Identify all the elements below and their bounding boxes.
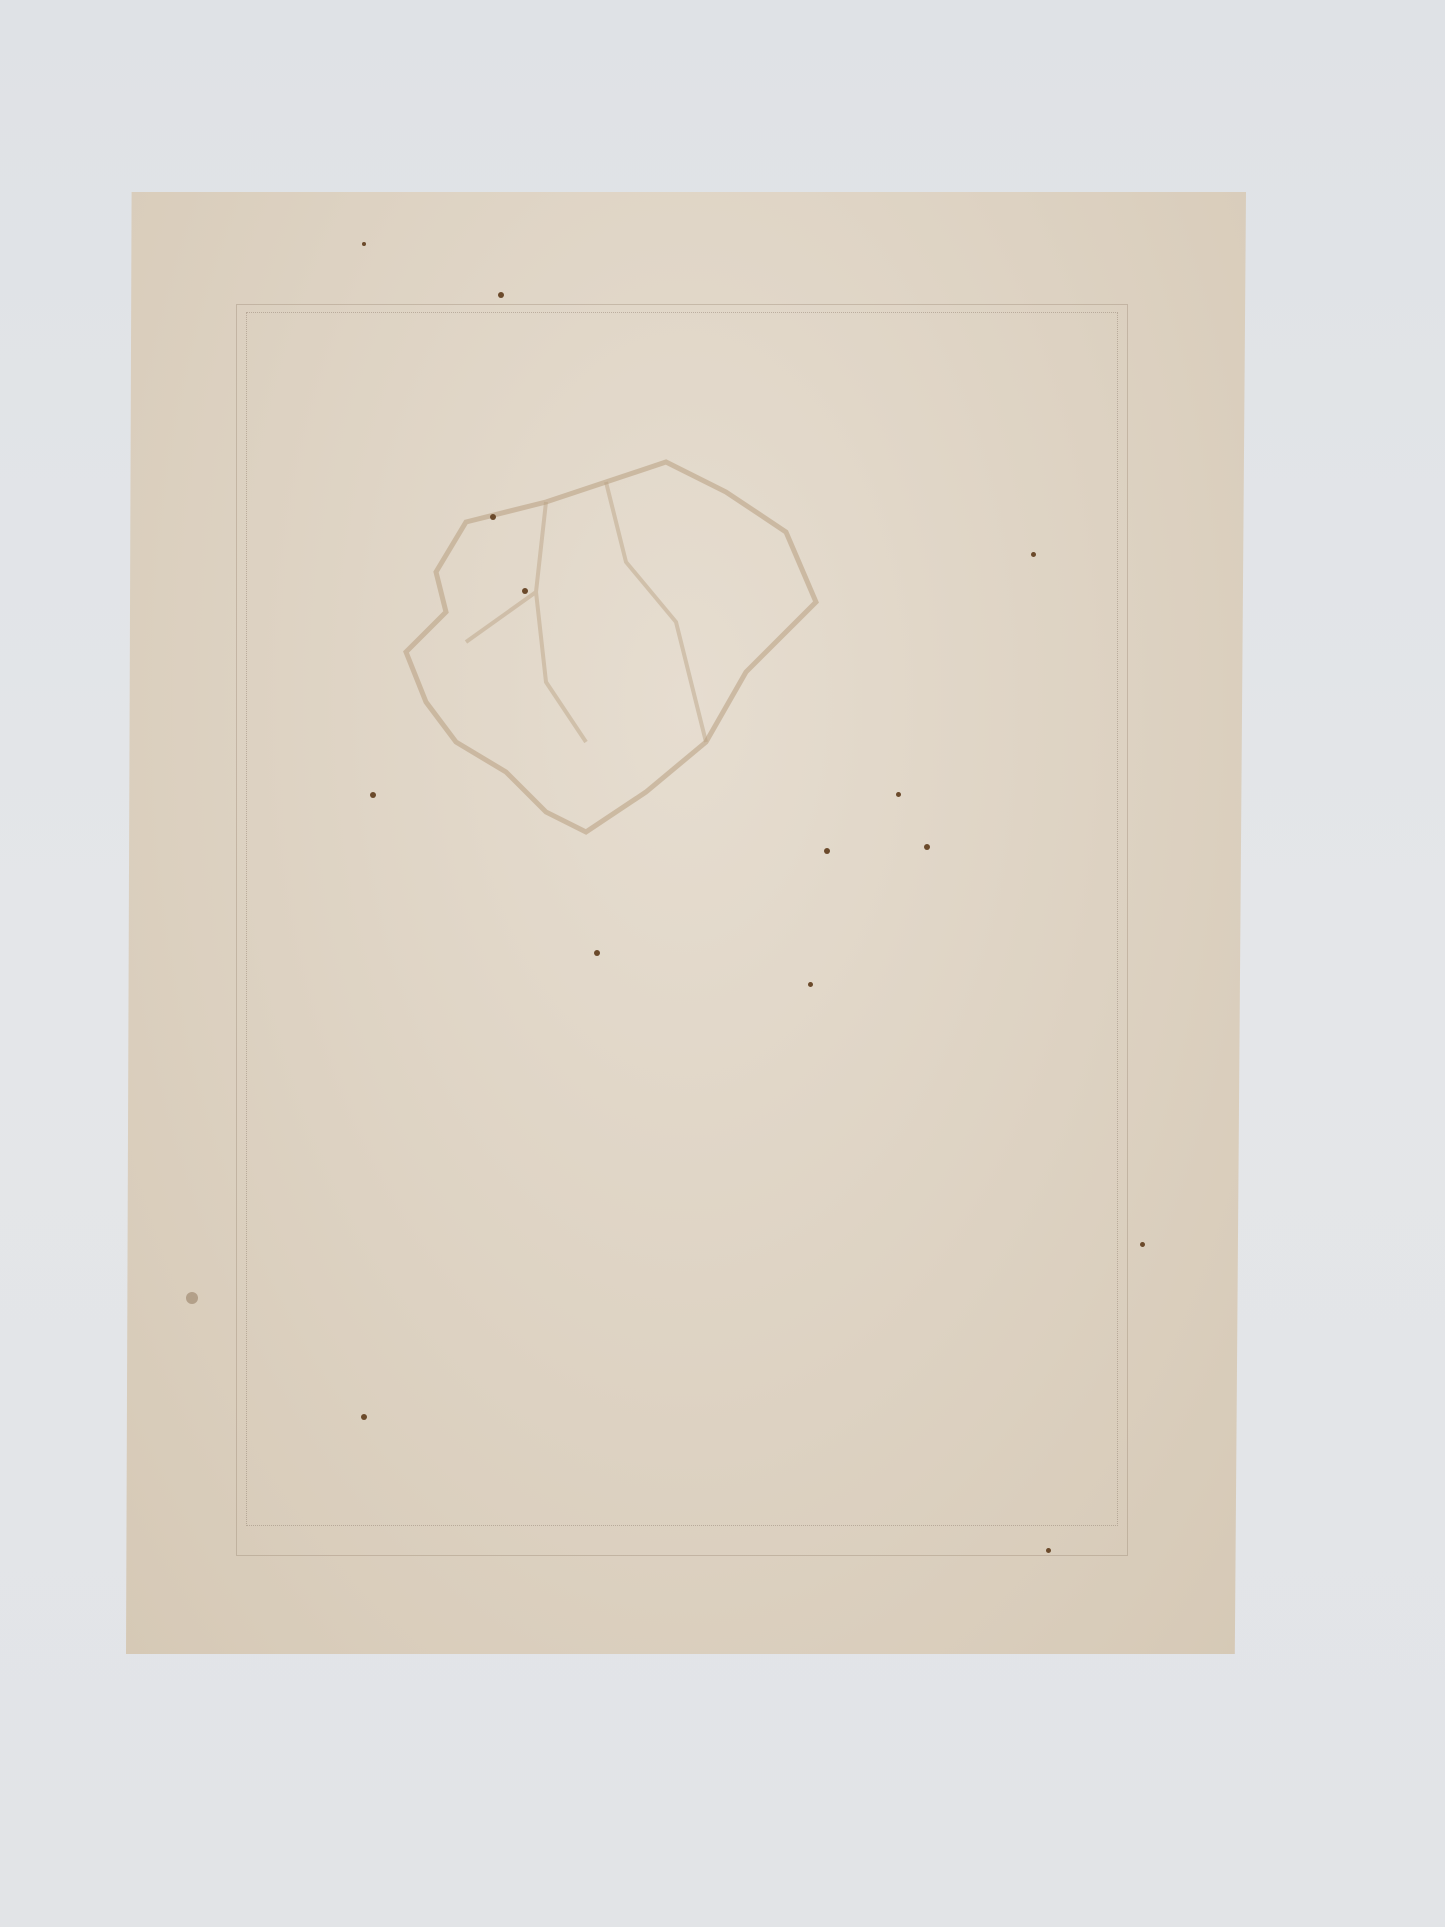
foxing-spot [824, 848, 830, 854]
foxing-spot [896, 792, 901, 797]
foxing-spot [498, 292, 504, 298]
foxing-spot [186, 1292, 198, 1304]
foxing-spot [370, 792, 376, 798]
foxing-spot [522, 588, 528, 594]
foxing-spot [594, 950, 600, 956]
foxing-spot [1031, 552, 1036, 557]
foxing-spot [808, 982, 813, 987]
paper-sheet [126, 192, 1246, 1654]
foxing-spot [362, 242, 366, 246]
foxing-spot [924, 844, 930, 850]
map-outline-bleed-through [346, 442, 826, 842]
foxing-spot [1046, 1548, 1051, 1553]
foxing-spot [1140, 1242, 1145, 1247]
foxing-spot [490, 514, 496, 520]
foxing-spot [361, 1414, 367, 1420]
